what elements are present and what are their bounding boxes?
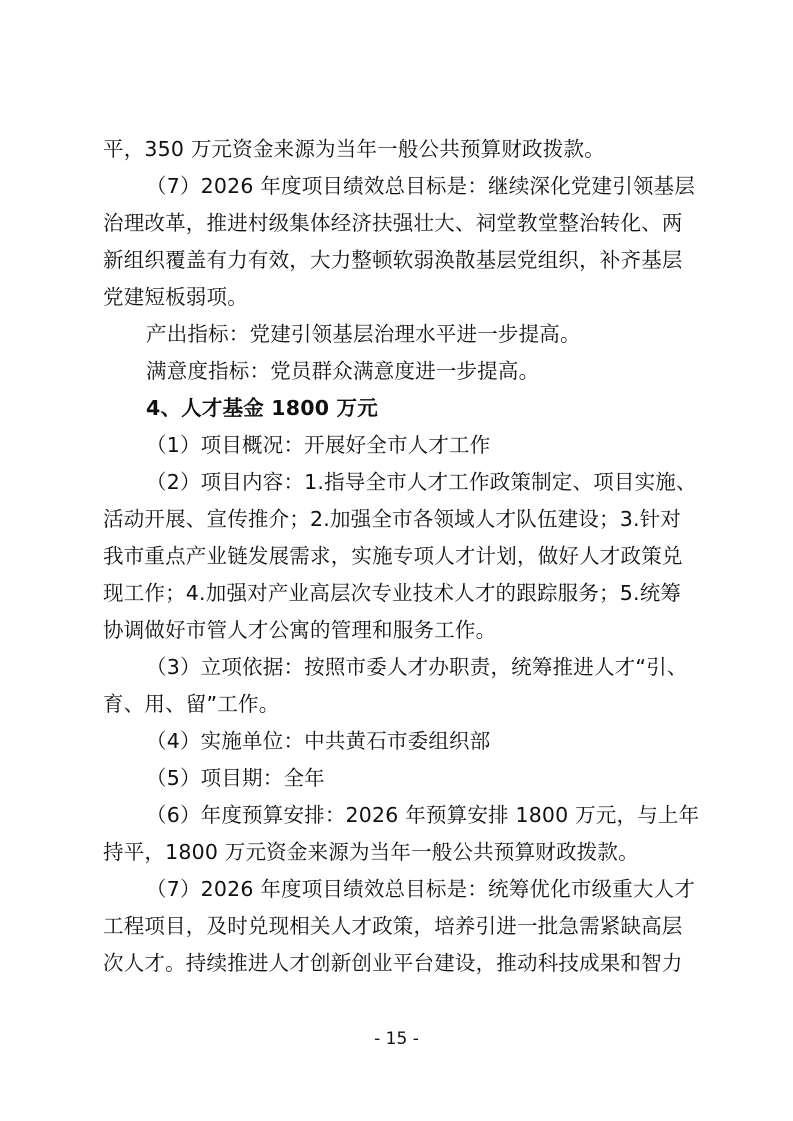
text-line: 党建短板弱项。 — [103, 279, 691, 316]
page-number: - 15 - — [0, 1027, 793, 1051]
text-line: （7）2026 年度项目绩效总目标是：继续深化党建引领基层 — [103, 168, 691, 205]
text-line: 治理改革，推进村级集体经济扶强壮大、祠堂教堂整治转化、两 — [103, 205, 691, 242]
text-line: （4）实施单位：中共黄石市委组织部 — [103, 723, 691, 760]
text-line: 持平，1800 万元资金来源为当年一般公共预算财政拨款。 — [103, 834, 691, 871]
text-line: 次人才。持续推进人才创新创业平台建设，推动科技成果和智力 — [103, 945, 691, 982]
text-line: （3）立项依据：按照市委人才办职责，统筹推进人才“引、 — [103, 649, 691, 686]
text-line: 平，350 万元资金来源为当年一般公共预算财政拨款。 — [103, 131, 691, 168]
section-heading: 4、人才基金 1800 万元 — [103, 390, 691, 427]
text-line: 育、用、留”工作。 — [103, 686, 691, 723]
text-line: 工程项目，及时兑现相关人才政策，培养引进一批急需紧缺高层 — [103, 908, 691, 945]
text-line: （5）项目期：全年 — [103, 760, 691, 797]
text-line: 活动开展、宣传推介；2.加强全市各领域人才队伍建设；3.针对 — [103, 501, 691, 538]
text-line: （1）项目概况：开展好全市人才工作 — [103, 427, 691, 464]
document-page: 平，350 万元资金来源为当年一般公共预算财政拨款。 （7）2026 年度项目绩… — [0, 0, 793, 1121]
text-line: 满意度指标：党员群众满意度进一步提高。 — [103, 353, 691, 390]
text-line: 新组织覆盖有力有效，大力整顿软弱涣散基层党组织，补齐基层 — [103, 242, 691, 279]
text-line: 现工作；4.加强对产业高层次专业技术人才的跟踪服务；5.统筹 — [103, 575, 691, 612]
text-line: （2）项目内容：1.指导全市人才工作政策制定、项目实施、 — [103, 464, 691, 501]
body-text: 平，350 万元资金来源为当年一般公共预算财政拨款。 （7）2026 年度项目绩… — [103, 131, 691, 982]
text-line: （6）年度预算安排：2026 年预算安排 1800 万元，与上年 — [103, 797, 691, 834]
text-line: 产出指标：党建引领基层治理水平进一步提高。 — [103, 316, 691, 353]
text-line: 我市重点产业链发展需求，实施专项人才计划，做好人才政策兑 — [103, 538, 691, 575]
text-line: 协调做好市管人才公寓的管理和服务工作。 — [103, 612, 691, 649]
text-line: （7）2026 年度项目绩效总目标是：统筹优化市级重大人才 — [103, 871, 691, 908]
